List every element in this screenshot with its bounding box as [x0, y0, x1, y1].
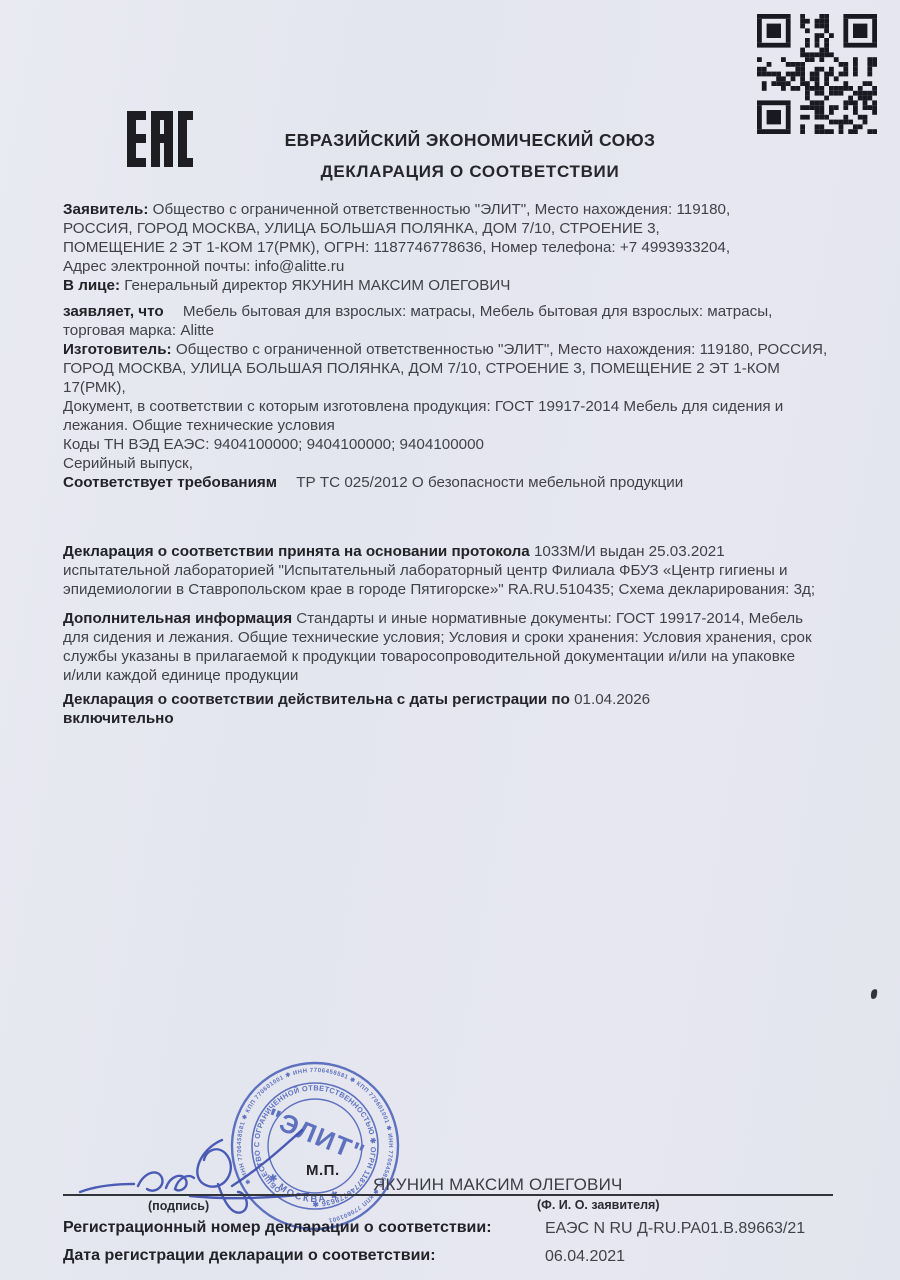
- serial-line: Серийный выпуск,: [63, 454, 869, 473]
- declares-paragraph: заявляет, что Мебель бытовая для взрослы…: [63, 302, 869, 340]
- declarant-name: ЯКУНИН МАКСИМ ОЛЕГОВИЧ: [373, 1175, 623, 1195]
- serial-text: Серийный выпуск,: [63, 455, 193, 472]
- applicant-text: Общество с ограниченной ответственностью…: [63, 201, 730, 275]
- signature-caption: (подпись): [148, 1199, 209, 1213]
- manufacturer-paragraph: Изготовитель: Общество с ограниченной от…: [63, 340, 869, 397]
- validity-paragraph: Декларация о соответствии действительна …: [63, 690, 869, 728]
- protocol-paragraph: Декларация о соответствии принята на осн…: [63, 542, 869, 599]
- protocol-label: Декларация о соответствии принята на осн…: [63, 543, 530, 560]
- qr-code: [757, 14, 877, 134]
- applicant-label: Заявитель:: [63, 201, 148, 218]
- handwritten-signature: [70, 1128, 350, 1223]
- registration-number-value: ЕАЭС N RU Д-RU.РА01.В.89663/21: [545, 1220, 805, 1238]
- declares-text: Мебель бытовая для взрослых: матрасы, Ме…: [63, 303, 772, 339]
- additional-info-label: Дополнительная информация: [63, 610, 292, 627]
- declarant-fio-caption: (Ф. И. О. заявителя): [537, 1198, 660, 1212]
- signature-line: [63, 1194, 833, 1196]
- person-label: В лице:: [63, 277, 120, 294]
- declares-label: заявляет, что: [63, 303, 164, 320]
- ink-speck-artifact: [870, 988, 878, 999]
- validity-date: 01.04.2026: [574, 691, 650, 708]
- tnved-codes-line: Коды ТН ВЭД ЕАЭС: 9404100000; 9404100000…: [63, 435, 869, 454]
- product-document-text: Документ, в соответствии с которым изгот…: [63, 398, 783, 434]
- validity-suffix: включительно: [63, 709, 869, 728]
- person-text: Генеральный директор ЯКУНИН МАКСИМ ОЛЕГО…: [124, 277, 510, 294]
- manufacturer-text: Общество с ограниченной ответственностью…: [63, 341, 827, 396]
- tnved-codes-text: Коды ТН ВЭД ЕАЭС: 9404100000; 9404100000…: [63, 436, 484, 453]
- registration-date-label: Дата регистрации декларации о соответств…: [63, 1247, 436, 1265]
- manufacturer-label: Изготовитель:: [63, 341, 172, 358]
- validity-label: Декларация о соответствии действительна …: [63, 691, 570, 708]
- applicant-paragraph: Заявитель: Общество с ограниченной ответ…: [63, 200, 869, 276]
- complies-label: Соответствует требованиям: [63, 474, 277, 491]
- document-title: ДЕКЛАРАЦИЯ О СООТВЕТСТВИИ: [40, 162, 900, 182]
- registration-date-value: 06.04.2021: [545, 1248, 625, 1266]
- declaration-scan-page: ЕВРАЗИЙСКИЙ ЭКОНОМИЧЕСКИЙ СОЮЗ ДЕКЛАРАЦИ…: [0, 0, 900, 1280]
- complies-text: ТР ТС 025/2012 О безопасности мебельной …: [296, 474, 683, 491]
- complies-paragraph: Соответствует требованиям ТР ТС 025/2012…: [63, 473, 869, 492]
- document-body: Заявитель: Общество с ограниченной ответ…: [63, 200, 869, 728]
- union-title: ЕВРАЗИЙСКИЙ ЭКОНОМИЧЕСКИЙ СОЮЗ: [40, 130, 900, 151]
- person-paragraph: В лице: Генеральный директор ЯКУНИН МАКС…: [63, 276, 869, 295]
- product-document-paragraph: Документ, в соответствии с которым изгот…: [63, 397, 869, 435]
- additional-info-paragraph: Дополнительная информация Стандарты и ин…: [63, 609, 869, 685]
- document-header: ЕВРАЗИЙСКИЙ ЭКОНОМИЧЕСКИЙ СОЮЗ ДЕКЛАРАЦИ…: [40, 130, 900, 182]
- registration-number-label: Регистрационный номер декларации о соотв…: [63, 1219, 492, 1237]
